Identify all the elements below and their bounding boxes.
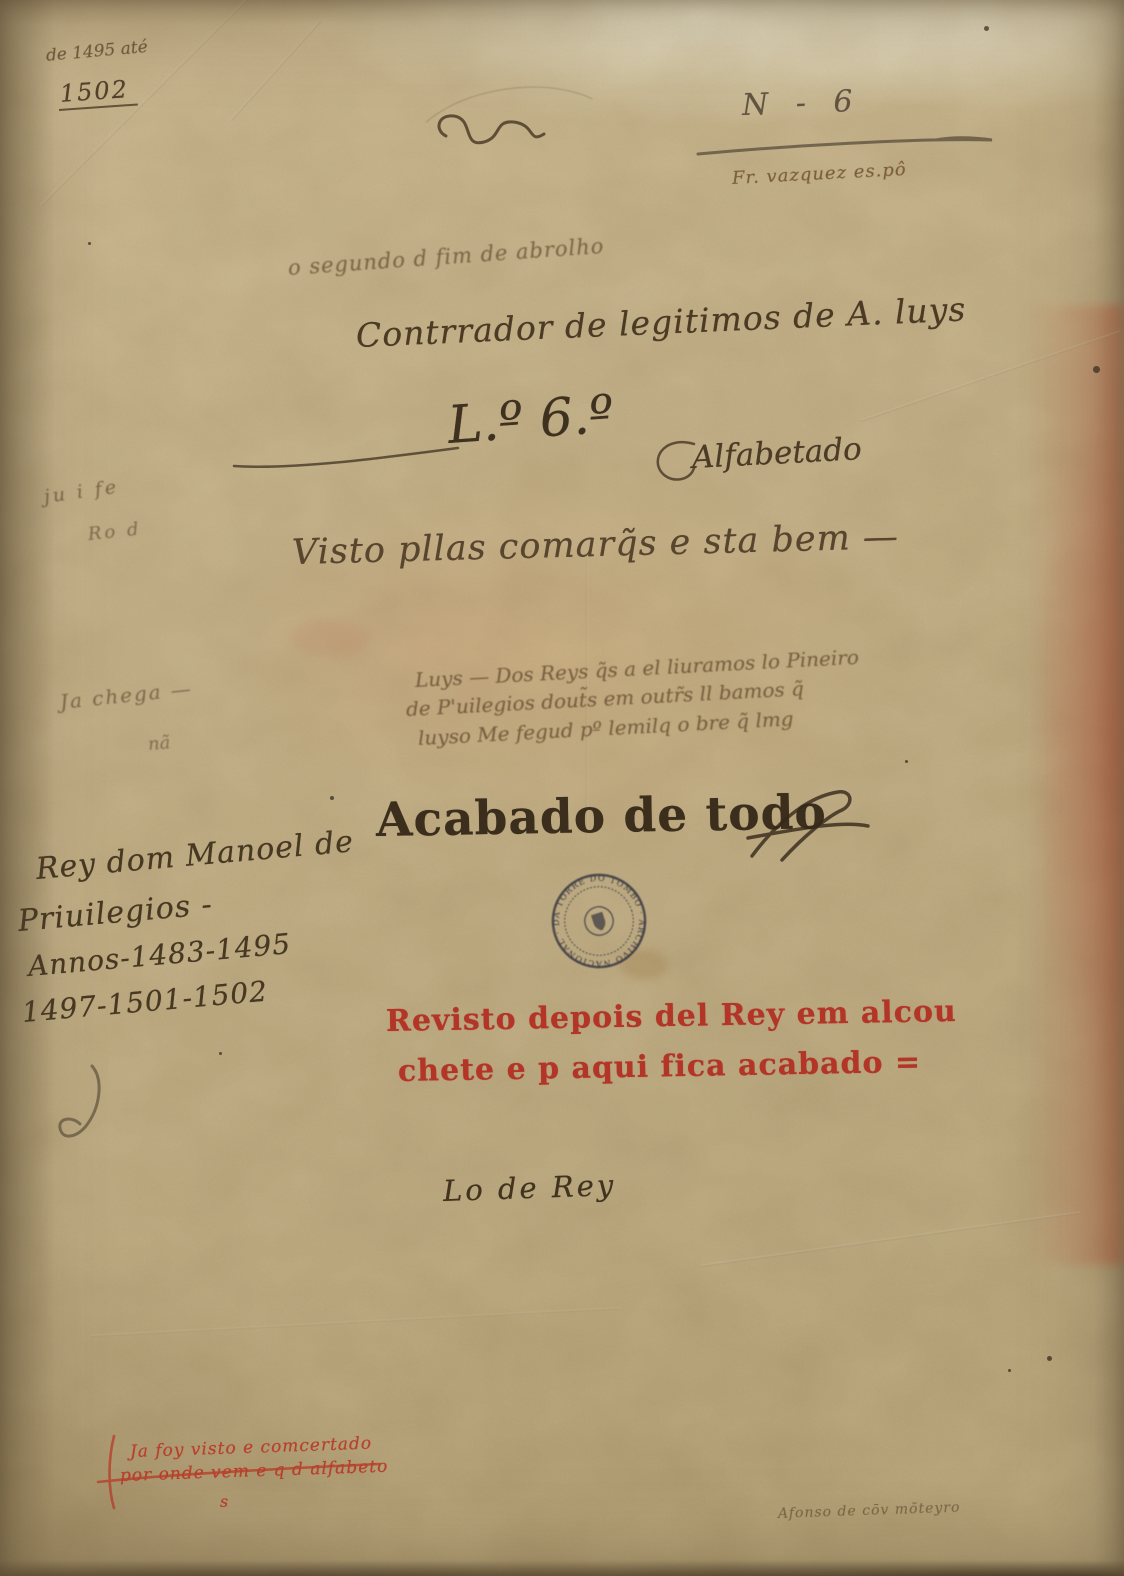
crease-line <box>230 20 321 121</box>
footer-red-mark: s <box>220 1492 228 1511</box>
year-annotation: 1502 <box>57 75 138 111</box>
crease-line <box>90 1307 620 1337</box>
alfabetado-note: Alfabetado <box>691 431 863 476</box>
ink-speck <box>88 242 91 245</box>
ink-speck <box>984 26 989 31</box>
left-title-privileges: Priuilegios - <box>16 887 214 939</box>
margin-flourish <box>46 1060 126 1156</box>
ink-speck <box>1008 1369 1011 1372</box>
ink-speck <box>905 760 908 763</box>
crease-arc <box>401 74 627 214</box>
left-title-years-1: Annos-1483-1495 <box>27 927 293 983</box>
contador-line: Contrrador de legitimos de A. luys <box>355 289 967 355</box>
red-rubric-line-1: Revisto depois del Rey em alcou <box>386 994 957 1039</box>
pink-stain <box>290 620 370 656</box>
ink-speck <box>1047 1356 1052 1361</box>
visto-line: Visto pllas comarq̃s e sta bem — <box>291 517 899 573</box>
parchment-page: de 1495 até 1502 N - 6 Fr. vazquez es.pô… <box>0 0 1124 1576</box>
faint-date-note: de 1495 até <box>45 37 148 66</box>
ink-speck <box>219 1052 222 1055</box>
left-title-king: Rey dom Manoel de <box>34 824 355 887</box>
footer-red-line-2: por onde vem e q d alfabeto <box>120 1457 389 1486</box>
royal-signature: Lo de Rey <box>442 1168 616 1208</box>
top-right-signature: Fr. vazquez es.pô <box>731 159 907 189</box>
margin-scribble: Ro d <box>87 518 143 544</box>
archive-stamp: · DA TORRE DO TOMBO · ARCHIVO NACIONAL <box>550 872 648 970</box>
red-rubric-line-2: chete e p aqui fica acabado = <box>398 1045 922 1089</box>
volume-number: L.º 6.º <box>446 384 616 455</box>
l-swash <box>232 440 462 474</box>
faint-header-line: o segundo d fim de abrolho <box>287 234 605 280</box>
ink-speck <box>1093 366 1100 373</box>
bottom-right-faint-note: Afonso de cōv mõteyro <box>778 1500 961 1522</box>
underline-swoosh <box>696 132 996 158</box>
shelf-number: N - 6 <box>741 84 862 123</box>
acabado-line: Acabado de todo <box>376 785 828 848</box>
left-title-years-2: 1497-1501-1502 <box>21 975 270 1029</box>
margin-scribble: nã <box>147 732 171 755</box>
margin-scribble: Ja chega — <box>59 676 194 714</box>
red-edge-stain <box>1014 305 1124 1265</box>
margin-scribble: ju i fe <box>42 476 120 508</box>
ink-speck <box>330 796 334 800</box>
